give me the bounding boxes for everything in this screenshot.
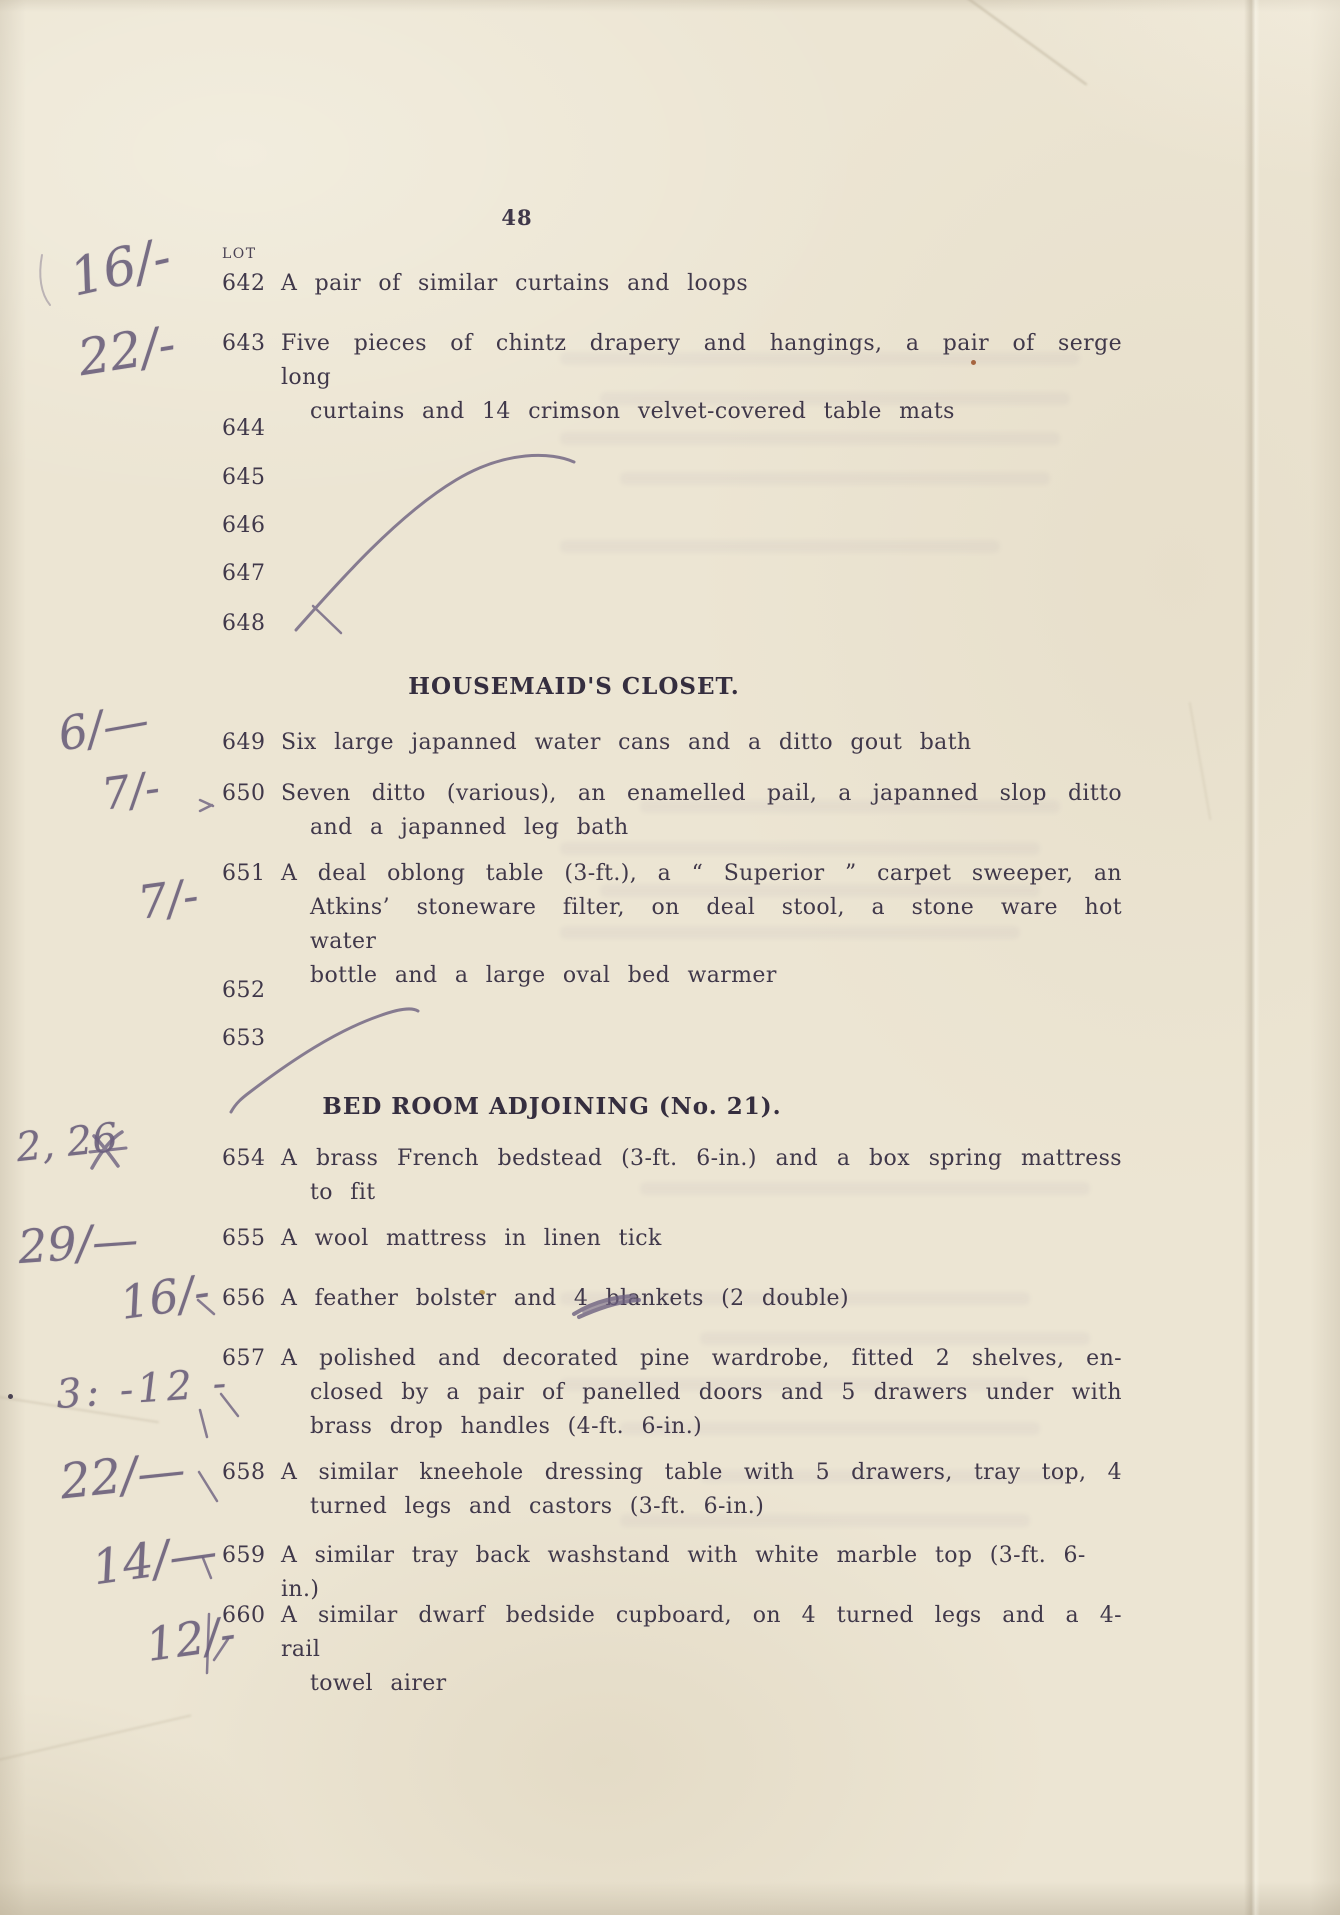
page-number: 48 [501,205,532,230]
lot-text-line: A similar tray back washstand with white… [281,1539,1122,1607]
section-heading-bedroom-adjoining: BED ROOM ADJOINING (No. 21). [322,1093,781,1120]
lot-row-642: 642 A pair of similar curtains and loops [281,267,1122,301]
lot-text-line: to fit [281,1176,1122,1210]
paper-speck [8,1394,13,1399]
lot-number: 644 [222,412,266,446]
lot-number: 648 [222,607,266,641]
lot-row-660: 660 A similar dwarf bedside cupboard, on… [281,1599,1122,1701]
pencil-tick [199,1472,217,1501]
price-annotation-lot-658: 22/— [57,1442,187,1511]
lot-text-line: closed by a pair of panelled doors and 5… [281,1376,1122,1410]
lot-number: 653 [222,1022,266,1056]
price-annotation-lot-650: 7/- [99,762,163,821]
lot-row-651: 651 A deal oblong table (3-ft.), a “ Sup… [281,857,1122,993]
show-through-mark [560,540,1000,553]
lot-text-line: turned legs and castors (3-ft. 6-in.) [281,1490,1122,1524]
lot-row-659: 659 A similar tray back washstand with w… [281,1539,1122,1607]
paper-crease-top-right [933,0,1088,86]
lot-row-650: 650 Seven ditto (various), an enamelled … [281,777,1122,845]
show-through-mark [620,472,1050,485]
paper-crease-right [1244,0,1260,1915]
lot-text-line: and a japanned leg bath [281,811,1122,845]
lot-number: 645 [222,461,266,495]
price-annotation-lot-651: 7/- [135,868,202,930]
lot-number: 652 [222,974,266,1008]
lot-text-line: A polished and decorated pine wardrobe, … [281,1342,1122,1376]
price-annotation-lot-655: 29/— [16,1212,140,1274]
lot-column-header: LOT [222,246,257,262]
lot-row-654: 654 A brass French bedstead (3-ft. 6-in.… [281,1142,1122,1210]
lot-text-line: A similar dwarf bedside cupboard, on 4 t… [281,1599,1122,1667]
lot-text-line: A similar kneehole dressing table with 5… [281,1456,1122,1490]
lot-row-658: 658 A similar kneehole dressing table wi… [281,1456,1122,1524]
lot-row-657: 657 A polished and decorated pine wardro… [281,1342,1122,1444]
pencil-tick [200,800,213,811]
pencil-strike-lots-644-648 [296,455,574,630]
lot-text-line: Seven ditto (various), an enamelled pail… [281,777,1122,811]
price-annotation-lot-659: 14/— [89,1524,221,1597]
lot-text-line: A deal oblong table (3-ft.), a “ Superio… [281,857,1122,891]
price-annotation-lot-656: 16/- [117,1264,213,1330]
lot-number: 658 [222,1456,266,1490]
lot-text-line: Atkins’ stoneware filter, on deal stool,… [281,891,1122,959]
lot-text-line: A feather bolster and 4 blankets (2 doub… [281,1282,1122,1316]
lot-text-line: towel airer [281,1667,1122,1701]
lot-number: 654 [222,1142,266,1176]
lot-text-line: Five pieces of chintz drapery and hangin… [281,327,1122,395]
lot-text-segment: ) [840,1286,849,1311]
paper-crease-mid-right [1189,702,1212,821]
lot-number: 659 [222,1539,266,1573]
lot-number: 642 [222,267,266,301]
price-annotation-lot-643: 22/- [74,315,179,388]
paper-crease-bottom-left-2 [0,1714,192,1763]
lot-text-segment: A feather bolster and 4 blankets ( [281,1286,730,1311]
lot-number: 647 [222,557,266,591]
lot-number: 649 [222,726,266,760]
price-annotation-lot-657: 3: -12 - [55,1360,232,1418]
lot-number: 655 [222,1222,266,1256]
price-annotation-lot-649: 6/— [54,693,153,762]
lot-number: 650 [222,777,266,811]
lot-row-643: 643 Five pieces of chintz drapery and ha… [281,327,1122,429]
show-through-mark [560,432,1060,445]
lot-number: 643 [222,327,266,361]
catalogue-page: 48 LOT 642 A pair of similar curtains an… [0,0,1340,1915]
lot-text-struck-segment: 2 double [730,1286,840,1311]
lot-number: 656 [222,1282,266,1316]
lot-text-line: A wool mattress in linen tick [281,1222,1122,1256]
lot-row-655: 655 A wool mattress in linen tick [281,1222,1122,1256]
pencil-tick [313,606,341,633]
price-annotation-lot-660: 12/- [143,1606,239,1672]
lot-number: 651 [222,857,266,891]
lot-text-line: curtains and 14 crimson velvet-covered t… [281,395,1122,429]
lot-text-line: bottle and a large oval bed warmer [281,959,1122,993]
lot-text-line: Six large japanned water cans and a ditt… [281,726,1122,760]
pencil-stray-mark [40,255,50,305]
price-annotation-lot-642: 16/- [65,227,177,308]
lot-text-line: A pair of similar curtains and loops [281,267,1122,301]
section-heading-housemaids-closet: HOUSEMAID'S CLOSET. [408,673,739,700]
lot-row-656: 656 A feather bolster and 4 blankets (2 … [281,1282,1122,1316]
lot-number: 646 [222,509,266,543]
lot-text-line: A brass French bedstead (3-ft. 6-in.) an… [281,1142,1122,1176]
price-annotation-lot-654: 2, 26 [14,1115,120,1171]
lot-row-649: 649 Six large japanned water cans and a … [281,726,1122,760]
lot-text-line: brass drop handles (4-ft. 6-in.) [281,1410,1122,1444]
